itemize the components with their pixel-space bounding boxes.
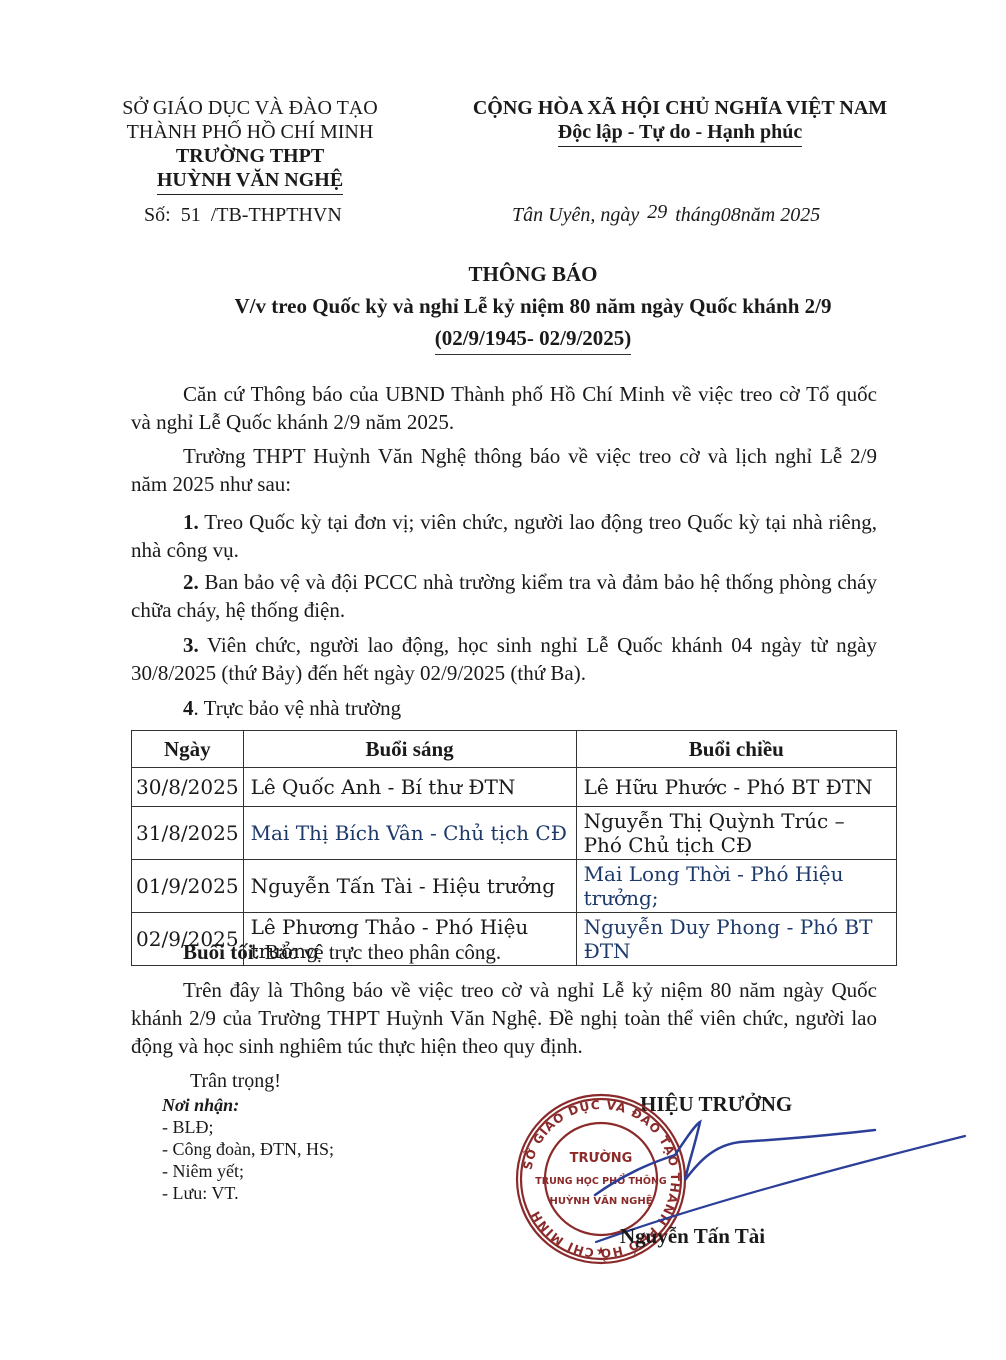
item-2: 2. Ban bảo vệ và đội PCCC nhà trường kiể… (131, 568, 877, 624)
recipient-item: - BLĐ; (162, 1116, 334, 1138)
school-name: HUỲNH VĂN NGHỆ (157, 168, 343, 195)
regards: Trân trọng! (190, 1070, 334, 1092)
school-type: TRƯỜNG THPT (100, 144, 400, 168)
cell-morning: Mai Thị Bích Vân - Chủ tịch CĐ (243, 807, 576, 860)
national-motto: CỘNG HÒA XÃ HỘI CHỦ NGHĨA VIỆT NAM Độc l… (440, 96, 920, 147)
item-1: 1. Treo Quốc kỳ tại đơn vị; viên chức, n… (131, 508, 877, 564)
date-year: năm 2025 (741, 204, 820, 226)
doc-number-value: 51 (181, 204, 201, 226)
notice-title: THÔNG BÁO V/v treo Quốc kỳ và nghỉ Lễ kỷ… (150, 258, 916, 355)
paragraph-basis: Căn cứ Thông báo của UBND Thành phố Hồ C… (131, 380, 877, 436)
table-row: 30/8/2025 Lê Quốc Anh - Bí thư ĐTN Lê Hữ… (132, 768, 897, 807)
country-name: CỘNG HÒA XÃ HỘI CHỦ NGHĨA VIỆT NAM (440, 96, 920, 120)
issuing-authority: SỞ GIÁO DỤC VÀ ĐÀO TẠO THÀNH PHỐ HỒ CHÍ … (100, 96, 400, 195)
doc-number-label: Số: (144, 204, 171, 226)
notice-subject: V/v treo Quốc kỳ và nghỉ Lễ kỷ niệm 80 n… (150, 290, 916, 322)
signer-name: Nguyễn Tấn Tài (620, 1224, 765, 1249)
date-month-label: tháng (675, 204, 721, 226)
column-header-date: Ngày (132, 731, 244, 768)
item-number: 2. (183, 570, 199, 594)
cell-date: 01/9/2025 (132, 860, 244, 913)
cell-morning: Nguyễn Tấn Tài - Hiệu trưởng (243, 860, 576, 913)
table-header-row: Ngày Buổi sáng Buổi chiều (132, 731, 897, 768)
cell-morning: Lê Quốc Anh - Bí thư ĐTN (243, 768, 576, 807)
item-number: 3. (183, 633, 199, 657)
recipient-item: - Lưu: VT. (162, 1182, 334, 1204)
cell-afternoon: Mai Long Thời - Phó Hiệu trưởng; (576, 860, 896, 913)
item-text: Ban bảo vệ và đội PCCC nhà trường kiểm t… (131, 570, 877, 622)
notice-dates: (02/9/1945- 02/9/2025) (435, 322, 632, 355)
doc-number-suffix: /TB-THPTHVN (211, 204, 342, 226)
recipients-block: Trân trọng! Nơi nhận: - BLĐ; - Công đoàn… (162, 1070, 334, 1204)
notice-heading: THÔNG BÁO (150, 258, 916, 290)
date-month: 08 (721, 204, 741, 226)
item-number: 4 (183, 696, 194, 720)
evening-label: Buổi tối (183, 940, 254, 964)
motto: Độc lập - Tự do - Hạnh phúc (558, 120, 802, 147)
cell-date: 31/8/2025 (132, 807, 244, 860)
closing-text: Trên đây là Thông báo về việc treo cờ và… (131, 976, 877, 1060)
item-text: Treo Quốc kỳ tại đơn vị; viên chức, ngườ… (131, 510, 877, 562)
date-place: Tân Uyên, ngày (512, 204, 639, 226)
column-header-morning: Buổi sáng (243, 731, 576, 768)
recipients-label: Nơi nhận: (162, 1094, 334, 1116)
table-row: 31/8/2025 Mai Thị Bích Vân - Chủ tịch CĐ… (132, 807, 897, 860)
document-number: Số:51/TB-THPTHVN (144, 204, 342, 227)
cell-date: 30/8/2025 (132, 768, 244, 807)
paragraph-announcement: Trường THPT Huỳnh Văn Nghệ thông báo về … (131, 442, 877, 498)
authority-city: THÀNH PHỐ HỒ CHÍ MINH (100, 120, 400, 144)
item-4: 4. Trực bảo vệ nhà trường (131, 694, 877, 722)
item-3: 3. Viên chức, người lao động, học sinh n… (131, 631, 877, 687)
cell-afternoon: Nguyễn Thị Quỳnh Trúc – Phó Chủ tịch CĐ (576, 807, 896, 860)
recipient-item: - Niêm yết; (162, 1160, 334, 1182)
recipient-item: - Công đoàn, ĐTN, HS; (162, 1138, 334, 1160)
evening-duty: Buổi tối: Bảo vệ trực theo phân công. (131, 938, 877, 966)
evening-text: : Bảo vệ trực theo phân công. (254, 940, 502, 964)
duty-schedule-table: Ngày Buổi sáng Buổi chiều 30/8/2025 Lê Q… (131, 730, 897, 966)
body-intro: Căn cứ Thông báo của UBND Thành phố Hồ C… (131, 380, 877, 498)
issue-date: Tân Uyên, ngày29tháng08năm 2025 (512, 204, 820, 227)
item-text: . Trực bảo vệ nhà trường (194, 696, 402, 720)
date-day: 29 (647, 201, 667, 223)
authority-dept: SỞ GIÁO DỤC VÀ ĐÀO TẠO (100, 96, 400, 120)
item-text: Viên chức, người lao động, học sinh nghỉ… (131, 633, 877, 685)
column-header-afternoon: Buổi chiều (576, 731, 896, 768)
cell-afternoon: Lê Hữu Phước - Phó BT ĐTN (576, 768, 896, 807)
closing-paragraph: Trên đây là Thông báo về việc treo cờ và… (131, 976, 877, 1060)
table-row: 01/9/2025 Nguyễn Tấn Tài - Hiệu trưởng M… (132, 860, 897, 913)
item-number: 1. (183, 510, 199, 534)
